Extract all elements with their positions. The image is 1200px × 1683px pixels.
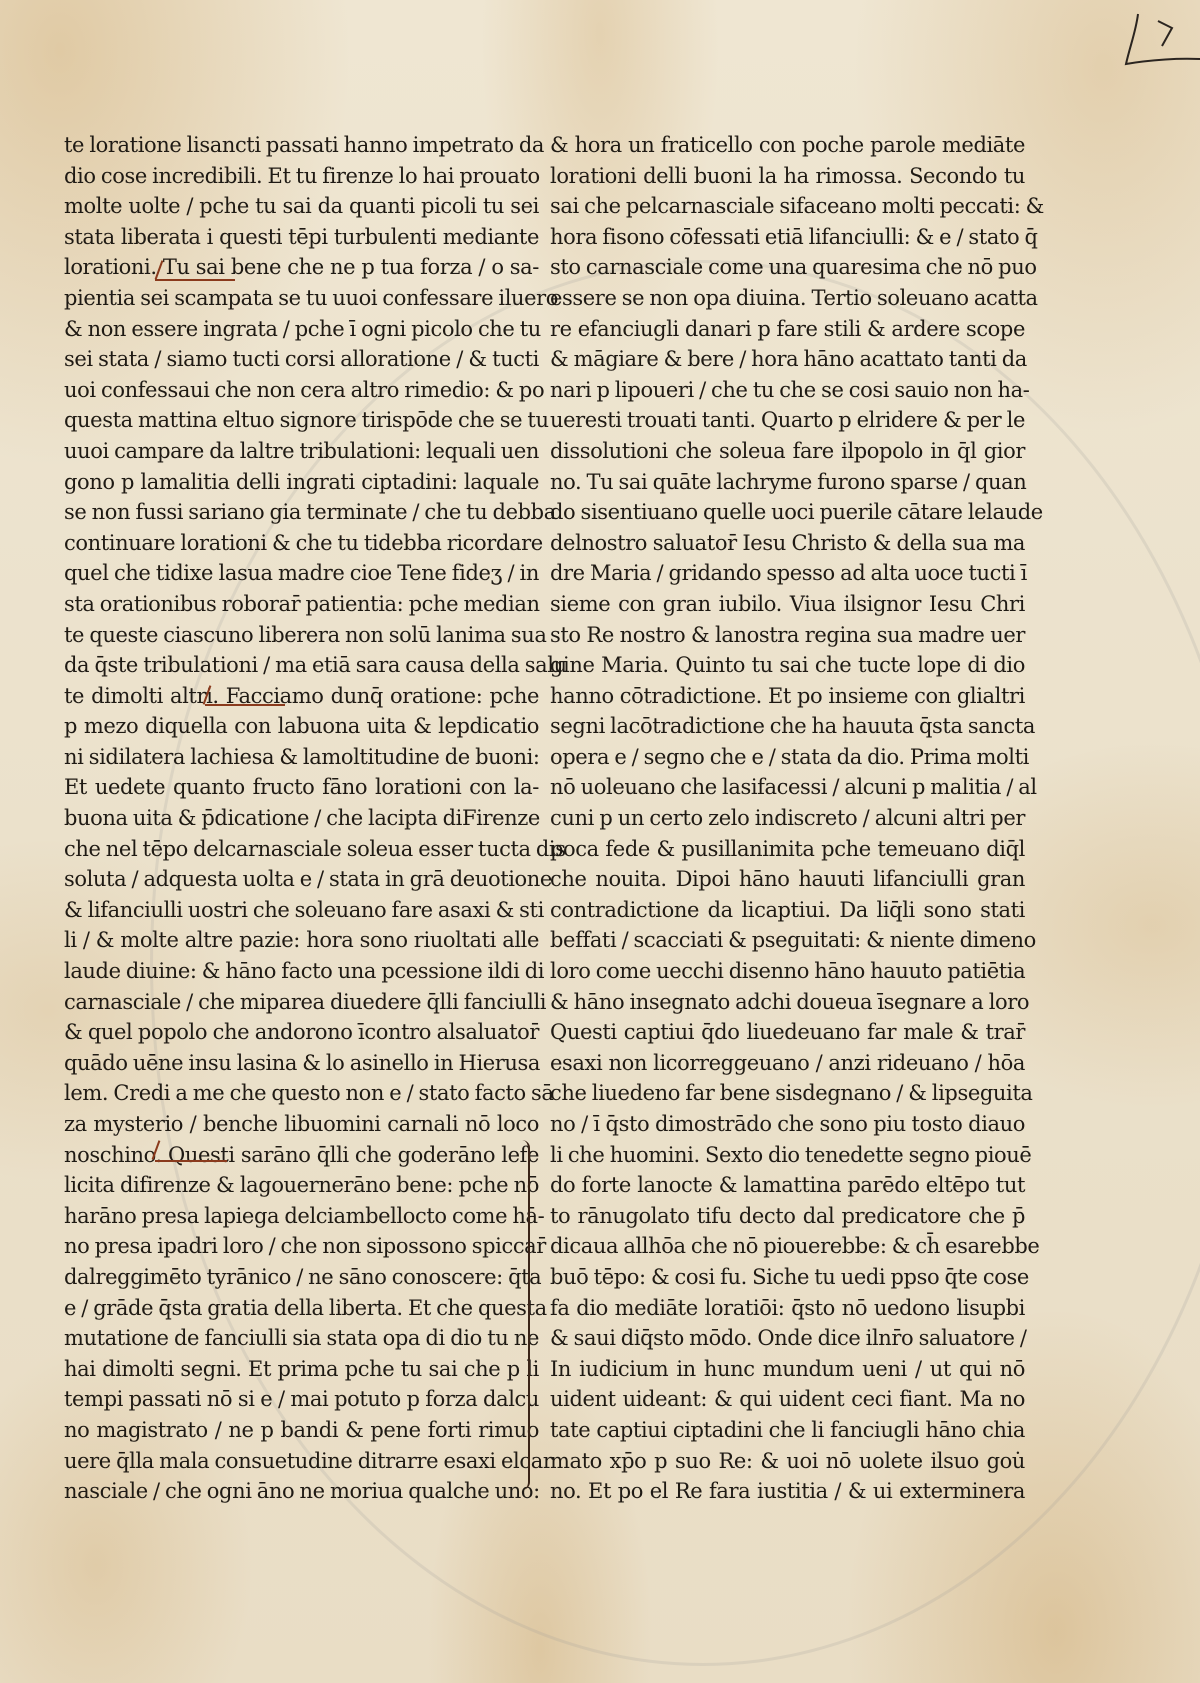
text-line: che liuedeno far bene sisdegnano / & lip… <box>550 1078 1025 1109</box>
text-line: dalreggimēto tyrānico / ne sāno conoscer… <box>64 1262 539 1293</box>
text-line: stata liberata i questi tēpi turbulenti … <box>64 222 539 253</box>
text-line: pientia sei scampata se tu uuoi confessa… <box>64 283 539 314</box>
text-line: poca fede & pusillanimita pche temeuano … <box>550 834 1025 865</box>
text-line: quel che tidixe lasua madre cioe Tene fi… <box>64 558 539 589</box>
text-line: se non fussi sariano gia terminate / che… <box>64 497 539 528</box>
text-line: no presa ipadri loro / che non sipossono… <box>64 1231 539 1262</box>
text-line: quādo uēne insu lasina & lo asinello in … <box>64 1048 539 1079</box>
text-line: ni sidilatera lachiesa & lamoltitudine d… <box>64 742 539 773</box>
text-line: noschino. Questi sarāno q̄lli che goderā… <box>64 1140 539 1171</box>
text-line: nō uoleuano che lasifacessi / alcuni p m… <box>550 772 1025 803</box>
text-line: to rānugolato tifu decto dal predicatore… <box>550 1201 1025 1232</box>
text-line: uoi confessaui che non cera altro rimedi… <box>64 375 539 406</box>
text-line: delnostro saluator̄ Iesu Christo & della… <box>550 528 1025 559</box>
text-line: uuoi campare da laltre tribulationi: leq… <box>64 436 539 467</box>
text-line: segni lacōtradictione che ha hauuta q̄st… <box>550 711 1025 742</box>
text-line: te dimolti altri. Facciamo dunq̄ oration… <box>64 681 539 712</box>
rubric-underline <box>155 279 235 281</box>
margin-bracket-handwritten <box>518 1140 530 1490</box>
text-line: loro come uecchi disenno hāno hauuto pat… <box>550 956 1025 987</box>
text-line: e / grāde q̄sta gratia della liberta. Et… <box>64 1293 539 1324</box>
text-line: sei stata / siamo tucti corsi alloration… <box>64 344 539 375</box>
text-line: dicaua allhōa che nō piouerebbe: & ch̄ e… <box>550 1231 1025 1262</box>
text-line: lem. Credi a me che questo non e / stato… <box>64 1078 539 1109</box>
text-line: sai che pelcarnasciale sifaceano molti p… <box>550 191 1025 222</box>
text-line: & hora un fraticello con poche parole me… <box>550 130 1025 161</box>
text-line: harāno presa lapiega delciambellocto com… <box>64 1201 539 1232</box>
text-line: nasciale / che ogni āno ne moriua qualch… <box>64 1476 539 1507</box>
text-line: sta orationibus roborar̄ patientia: pche… <box>64 589 539 620</box>
text-line: cuni p un certo zelo indiscreto / alcuni… <box>550 803 1025 834</box>
text-line: ueresti trouati tanti. Quarto p elridere… <box>550 405 1025 436</box>
text-line: uere q̄lla mala consuetudine ditrarre es… <box>64 1446 539 1477</box>
text-line: essere se non opa diuina. Tertio soleuan… <box>550 283 1025 314</box>
text-line: no magistrato / ne p bandi & pene forti … <box>64 1415 539 1446</box>
text-line: do forte lanocte & lamattina parēdo eltē… <box>550 1170 1025 1201</box>
text-line: re efanciugli danari p fare stili & arde… <box>550 314 1025 345</box>
text-line: buō tēpo: & cosi fu. Siche tu uedi ppso … <box>550 1262 1025 1293</box>
rubric-underline <box>205 704 285 706</box>
text-line: Et uedete quanto fructo fāno lorationi c… <box>64 772 539 803</box>
text-line: & hāno insegnato adchi doueua īsegnare a… <box>550 987 1025 1018</box>
text-line: opera e / segno che e / stata da dio. Pr… <box>550 742 1025 773</box>
text-line: continuare lorationi & che tu tidebba ri… <box>64 528 539 559</box>
text-line: mato xp̄o p suo Re: & uoi nō uolete ilsu… <box>550 1446 1025 1477</box>
text-line: contradictione da licaptiui. Da liq̄li s… <box>550 895 1025 926</box>
text-line: questa mattina eltuo signore tirispōde c… <box>64 405 539 436</box>
text-line: fa dio mediāte loratiōi: q̄sto nō uedono… <box>550 1293 1025 1324</box>
text-line: In iudicium in hunc mundum ueni / ut qui… <box>550 1354 1025 1385</box>
text-line: dio cose incredibili. Et tu firenze lo h… <box>64 161 539 192</box>
text-line: & lifanciulli uostri che soleuano fare a… <box>64 895 539 926</box>
manuscript-page: te loratione lisancti passati hanno impe… <box>0 0 1200 1683</box>
text-line: gono p lamalitia delli ingrati ciptadini… <box>64 467 539 498</box>
text-line: soluta / adquesta uolta e / stata in grā… <box>64 864 539 895</box>
text-line: za mysterio / benche libuomini carnali n… <box>64 1109 539 1140</box>
text-line: hanno cōtradictione. Et po insieme con g… <box>550 681 1025 712</box>
text-line: hora fisono cōfessati etiā lifanciulli: … <box>550 222 1025 253</box>
text-line: & non essere ingrata / pche ī ogni picol… <box>64 314 539 345</box>
text-line: da q̄ste tribulationi / ma etiā sara cau… <box>64 650 539 681</box>
text-line: & quel popolo che andorono īcontro alsal… <box>64 1017 539 1048</box>
text-line: Questi captiui q̄do liuedeuano far male … <box>550 1017 1025 1048</box>
text-line: lorationi delli buoni la ha rimossa. Sec… <box>550 161 1025 192</box>
text-line: dissolutioni che soleua fare ilpopolo in… <box>550 436 1025 467</box>
text-line: che nel tēpo delcarnasciale soleua esser… <box>64 834 539 865</box>
text-line: tempi passati nō si e / mai potuto p for… <box>64 1384 539 1415</box>
text-line: licita difirenze & lagouernerāno bene: p… <box>64 1170 539 1201</box>
text-line: sto Re nostro & lanostra regina sua madr… <box>550 620 1025 651</box>
text-line: sieme con gran iubilo. Viua ilsignor Ies… <box>550 589 1025 620</box>
text-line: no. Et po el Re fara iustitia / & ui ext… <box>550 1476 1025 1507</box>
text-line: uident uideant: & qui uident ceci fiant.… <box>550 1384 1025 1415</box>
left-column: te loratione lisancti passati hanno impe… <box>64 130 539 1507</box>
folio-mark-handwritten <box>1110 6 1200 66</box>
text-line: nari p lipoueri / che tu che se cosi sau… <box>550 375 1025 406</box>
text-line: no / ī q̄sto dimostrādo che sono piu tos… <box>550 1109 1025 1140</box>
text-line: te queste ciascuno liberera non solū lan… <box>64 620 539 651</box>
text-line: molte uolte / pche tu sai da quanti pico… <box>64 191 539 222</box>
text-line: beffati / scacciati & pseguitati: & nien… <box>550 925 1025 956</box>
text-line: gine Maria. Quinto tu sai che tucte lope… <box>550 650 1025 681</box>
text-line: che nouita. Dipoi hāno hauuti lifanciull… <box>550 864 1025 895</box>
text-line: mutatione de fanciulli sia stata opa di … <box>64 1323 539 1354</box>
text-line: do sisentiuano quelle uoci puerile cātar… <box>550 497 1025 528</box>
text-line: p mezo diquella con labuona uita & lepdi… <box>64 711 539 742</box>
text-line: & saui diq̄sto mōdo. Onde dice ilnr̄o sa… <box>550 1323 1025 1354</box>
text-line: dre Maria / gridando spesso ad alta uoce… <box>550 558 1025 589</box>
text-line: laude diuine: & hāno facto una pcessione… <box>64 956 539 987</box>
text-line: li che huomini. Sexto dio tenedette segn… <box>550 1140 1025 1171</box>
text-line: esaxi non licorreggeuano / anzi rideuano… <box>550 1048 1025 1079</box>
text-line: li / & molte altre pazie: hora sono riuo… <box>64 925 539 956</box>
text-line: buona uita & p̄dicatione / che lacipta d… <box>64 803 539 834</box>
text-line: no. Tu sai quāte lachryme furono sparse … <box>550 467 1025 498</box>
right-column: & hora un fraticello con poche parole me… <box>550 130 1025 1507</box>
text-line: carnasciale / che miparea diuedere q̄lli… <box>64 987 539 1018</box>
rubric-underline <box>155 1160 227 1162</box>
text-line: hai dimolti segni. Et prima pche tu sai … <box>64 1354 539 1385</box>
text-line: tate captiui ciptadini che li fanciugli … <box>550 1415 1025 1446</box>
text-line: te loratione lisancti passati hanno impe… <box>64 130 539 161</box>
text-line: lorationi. Tu sai bene che ne p tua forz… <box>64 252 539 283</box>
text-line: & māgiare & bere / hora hāno acattato ta… <box>550 344 1025 375</box>
text-line: sto carnasciale come una quaresima che n… <box>550 252 1025 283</box>
